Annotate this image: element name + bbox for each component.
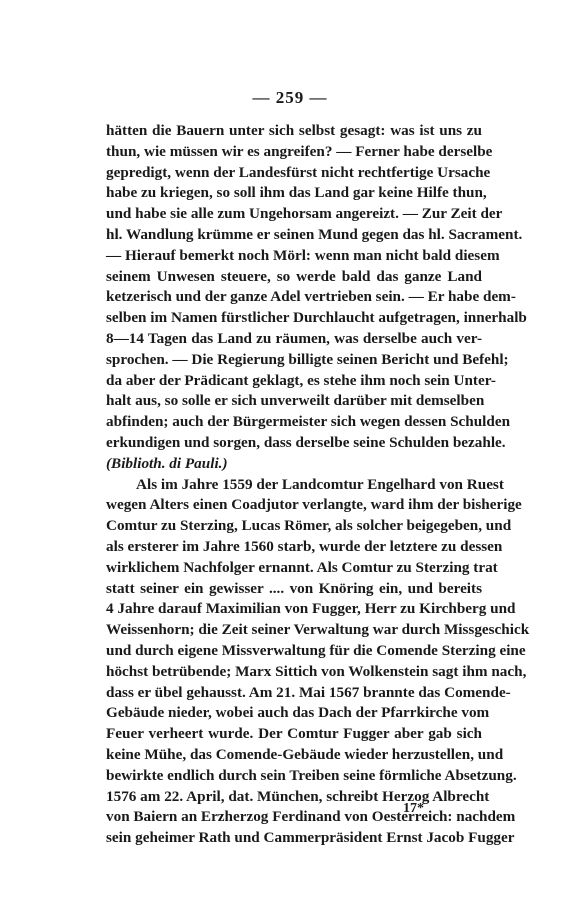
book-page: — 259 — hätten die Bauern unter sich sel… xyxy=(0,0,580,905)
text-line: Gebäude nieder, wobei auch das Dach der … xyxy=(106,703,482,724)
text-line: wirklichem Nachfolger ernannt. Als Comtu… xyxy=(106,558,482,579)
text-line: selben im Namen fürstlicher Durchlaucht … xyxy=(106,308,482,329)
text-line: — Hierauf bemerkt noch Mörl: wenn man ni… xyxy=(106,246,482,267)
text-line: da aber der Prädicant geklagt, es stehe … xyxy=(106,371,482,392)
text-line: statt seiner ein gewisser .... von Knöri… xyxy=(106,579,482,600)
page-number-header: — 259 — xyxy=(0,88,580,108)
text-line: gepredigt, wenn der Landesfürst nicht re… xyxy=(106,163,482,184)
text-line: Comtur zu Sterzing, Lucas Römer, als sol… xyxy=(106,516,482,537)
text-line: hätten die Bauern unter sich selbst gesa… xyxy=(106,121,482,142)
text-line: habe zu kriegen, so soll ihm das Land ga… xyxy=(106,183,482,204)
text-line: 4 Jahre darauf Maximilian von Fugger, He… xyxy=(106,599,482,620)
text-line: dass er übel gehausst. Am 21. Mai 1567 b… xyxy=(106,683,482,704)
text-line: von Baiern an Erzherzog Ferdinand von Oe… xyxy=(106,807,482,828)
text-line: bewirkte endlich durch sein Treiben sein… xyxy=(106,766,482,787)
text-line: abfinden; auch der Bürgermeister sich we… xyxy=(106,412,482,433)
text-line: seinem Unwesen steuere, so werde bald da… xyxy=(106,267,482,288)
text-line: als ersterer im Jahre 1560 starb, wurde … xyxy=(106,537,482,558)
text-line: wegen Alters einen Coadjutor verlangte, … xyxy=(106,495,482,516)
text-line: hl. Wandlung krümme er seinen Mund gegen… xyxy=(106,225,482,246)
text-line: Feuer verheert wurde. Der Comtur Fugger … xyxy=(106,724,482,745)
signature-mark: 17* xyxy=(403,801,424,817)
text-line: 1576 am 22. April, dat. München, schreib… xyxy=(106,787,482,808)
text-line: ketzerisch und der ganze Adel vertrieben… xyxy=(106,287,482,308)
text-line: und habe sie alle zum Ungehorsam angerei… xyxy=(106,204,482,225)
text-line: sein geheimer Rath und Cammerpräsident E… xyxy=(106,828,482,849)
text-line: und durch eigene Missverwaltung für die … xyxy=(106,641,482,662)
text-line: 8—14 Tagen das Land zu räumen, was derse… xyxy=(106,329,482,350)
text-line: erkundigen und sorgen, dass derselbe sei… xyxy=(106,433,482,454)
text-line: keine Mühe, das Comende-Gebäude wieder h… xyxy=(106,745,482,766)
text-line: sprochen. — Die Regierung billigte seine… xyxy=(106,350,482,371)
text-line: höchst betrübende; Marx Sittich von Wolk… xyxy=(106,662,482,683)
paragraph-start-line: Als im Jahre 1559 der Landcomtur Engelha… xyxy=(106,475,482,496)
text-line: halt aus, so solle er sich unverweilt da… xyxy=(106,391,482,412)
text-line: thun, wie müssen wir es angreifen? — Fer… xyxy=(106,142,482,163)
text-line: Weissenhorn; die Zeit seiner Verwaltung … xyxy=(106,620,482,641)
citation-line: (Biblioth. di Pauli.) xyxy=(106,454,482,475)
body-text: hätten die Bauern unter sich selbst gesa… xyxy=(106,121,482,849)
